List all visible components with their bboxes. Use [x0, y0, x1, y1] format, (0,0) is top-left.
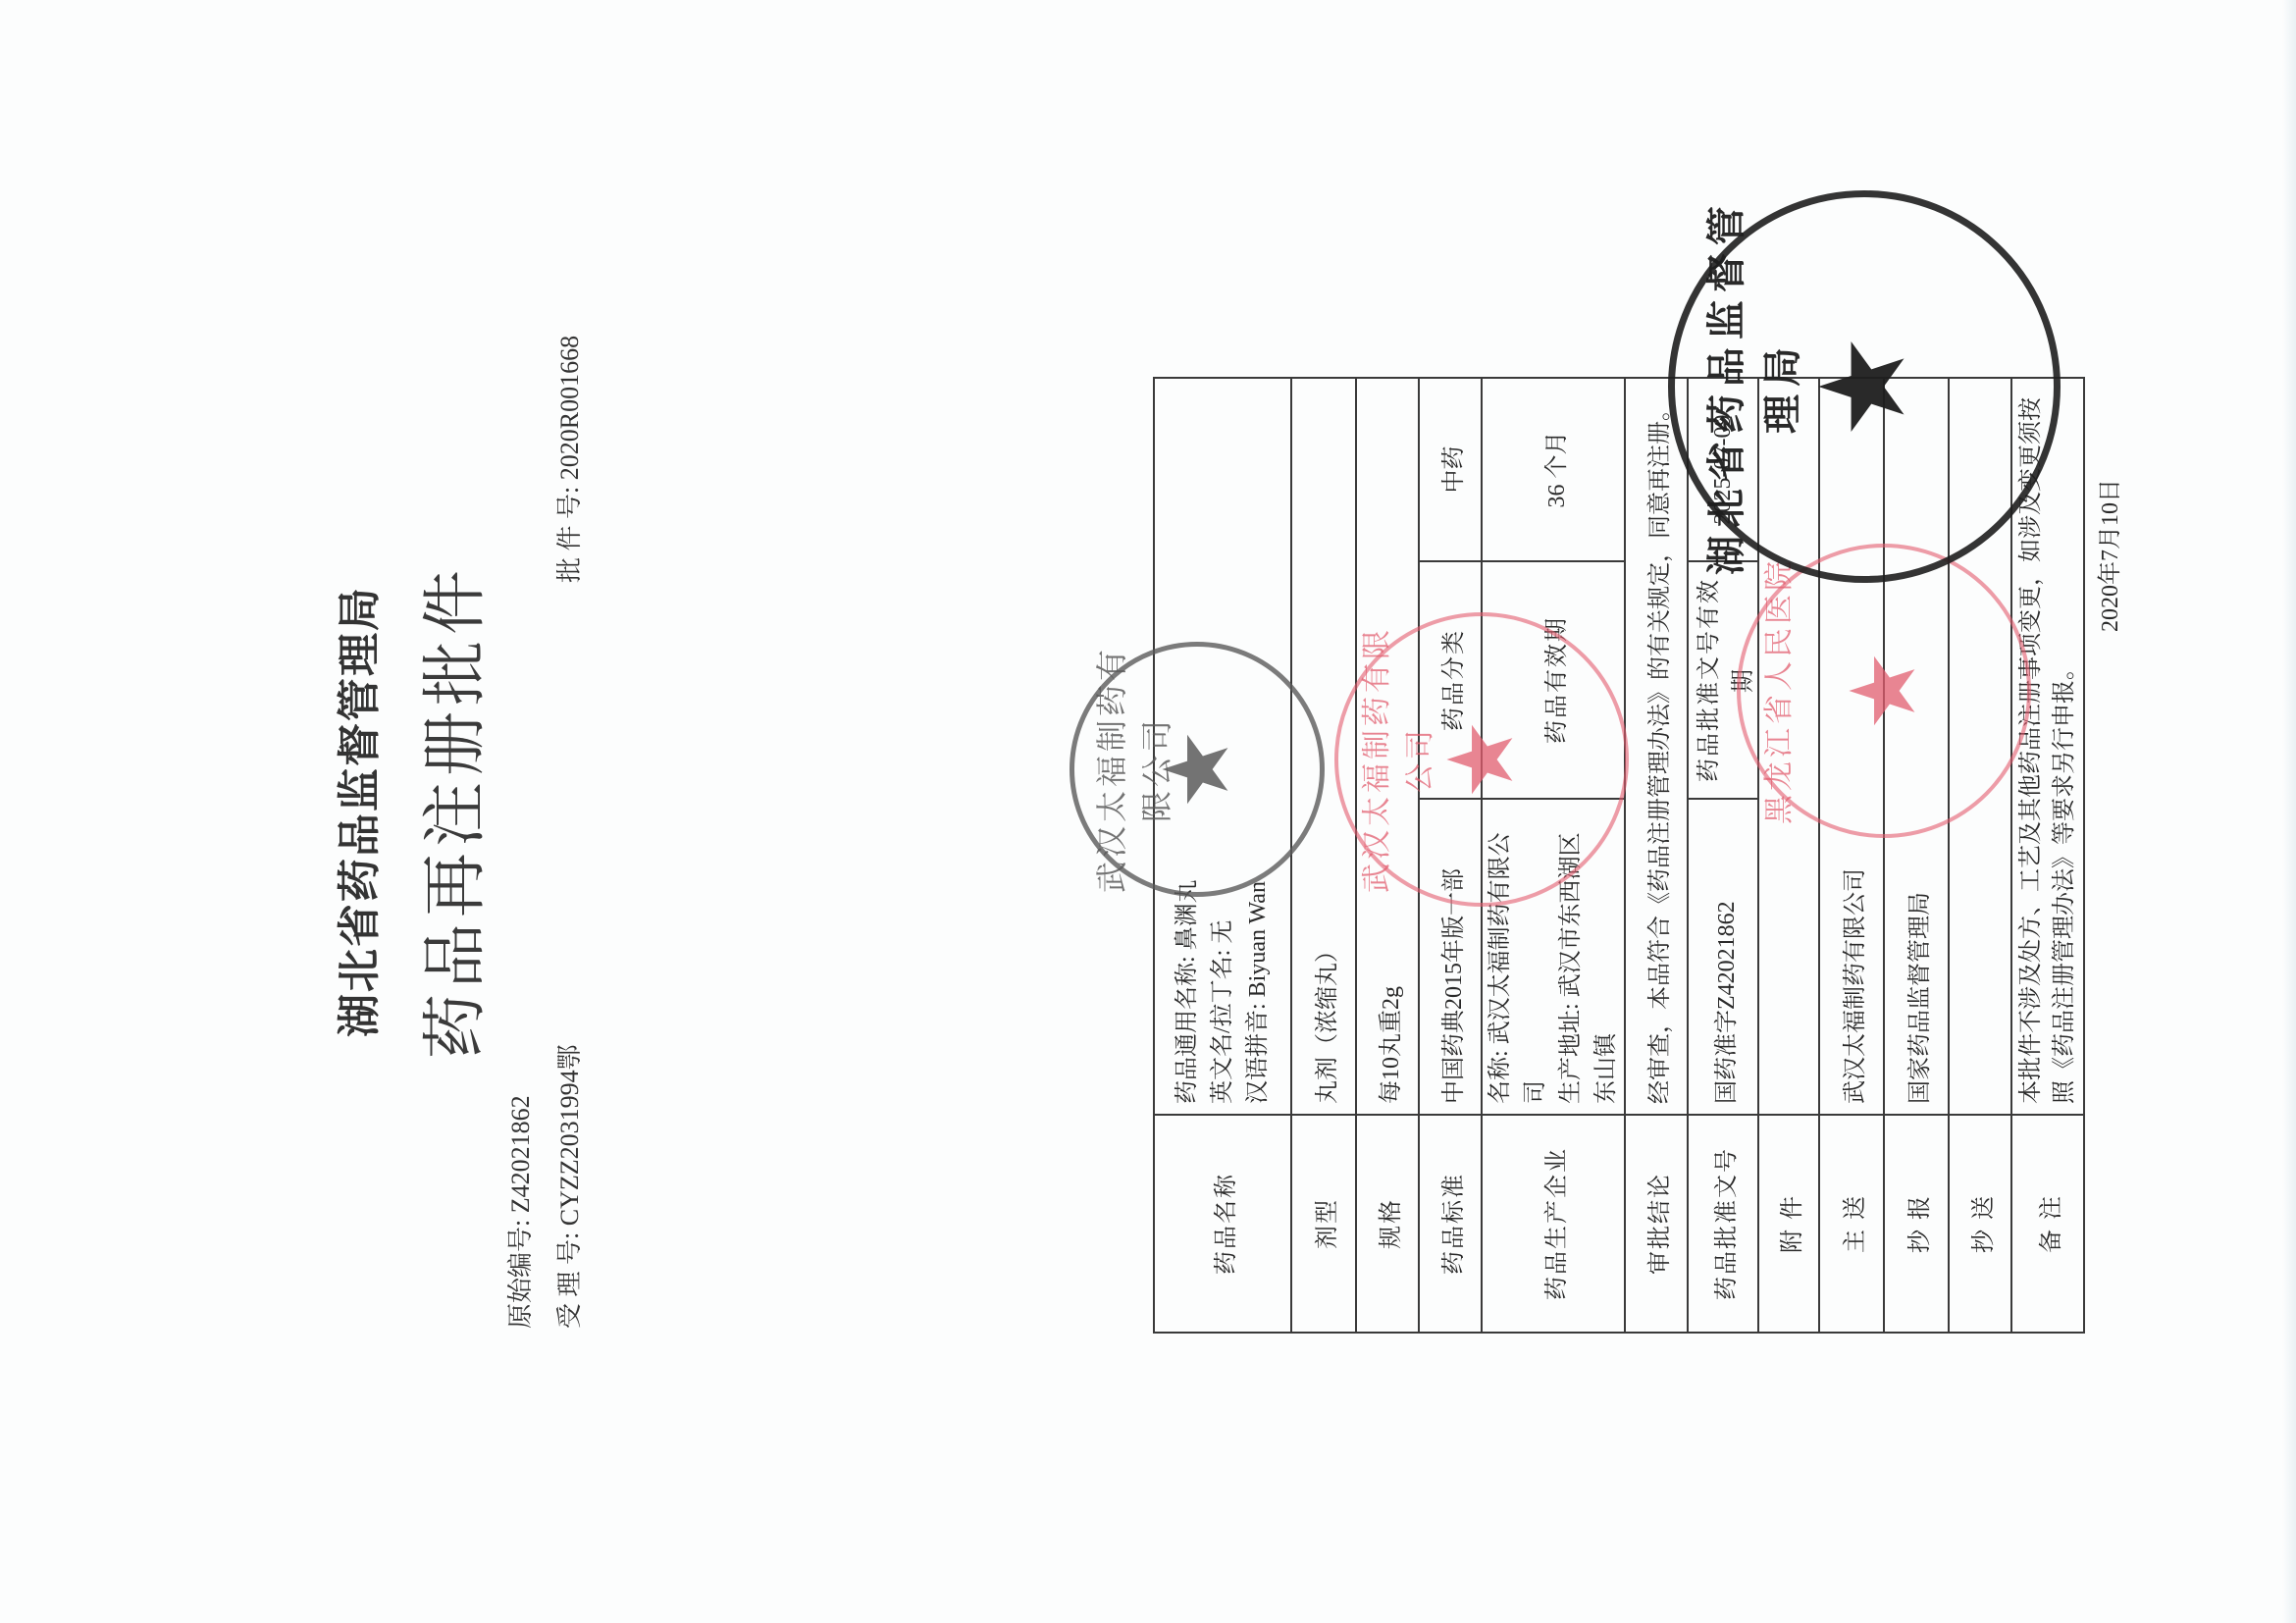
- approval-table: 药品名称 药品通用名称: 鼻渊丸 英文名/拉丁名: 无 汉语拼音: Biyuan…: [1153, 377, 2085, 1334]
- generic-name: 药品通用名称: 鼻渊丸: [1170, 389, 1205, 1104]
- table-row: 剂型 丸剂（浓缩丸）: [1291, 378, 1356, 1333]
- drug-name-value: 药品通用名称: 鼻渊丸 英文名/拉丁名: 无 汉语拼音: Biyuan Wan: [1154, 378, 1291, 1115]
- remarks-label: 备 注: [2011, 1115, 2084, 1333]
- conclusion-value: 经审查，本品符合《药品注册管理办法》的有关规定，同意再注册。: [1625, 378, 1688, 1115]
- main-recipient-value: 武汉太福制药有限公司: [1819, 378, 1884, 1115]
- original-number-value: Z42021862: [506, 1095, 535, 1213]
- drug-name-label: 药品名称: [1154, 1115, 1291, 1333]
- english-latin-name: 英文名/拉丁名: 无: [1205, 389, 1240, 1104]
- dosage-form-label: 剂型: [1291, 1115, 1356, 1333]
- acceptance-number-label: 受 理 号:: [555, 1232, 584, 1329]
- table-row: 药品生产企业 名称: 武汉太福制药有限公司 生产地址: 武汉市东西湖区东山镇 药…: [1482, 378, 1625, 1333]
- table-row: 药品批准文号 国药准字Z42021862 药品批准文号有效期 2025-07-0…: [1688, 378, 1758, 1333]
- table-row: 主 送 武汉太福制药有限公司: [1819, 378, 1884, 1333]
- manufacturer-address: 生产地址: 武汉市东西湖区东山镇: [1553, 810, 1624, 1104]
- main-recipient-label: 主 送: [1819, 1115, 1884, 1333]
- issuing-agency: 湖北省药品监督管理局: [324, 0, 387, 1623]
- approval-doc-number-label: 药品批准文号: [1688, 1115, 1758, 1333]
- table-row: 药品标准 中国药典2015年版一部 药品分类 中药: [1419, 378, 1482, 1333]
- table-row: 抄 报 国家药品监督管理局: [1884, 378, 1949, 1333]
- standard-label: 药品标准: [1419, 1115, 1482, 1333]
- approval-number: 批 件 号: 2020R001668: [549, 336, 586, 583]
- shelf-life-label: 药品有效期: [1482, 561, 1625, 799]
- pinyin-name: 汉语拼音: Biyuan Wan: [1240, 389, 1276, 1104]
- report-to-value: 国家药品监督管理局: [1884, 378, 1949, 1115]
- drug-category-label: 药品分类: [1419, 561, 1482, 799]
- approval-validity-value: 2025-07-09: [1688, 378, 1758, 561]
- table-row: 药品名称 药品通用名称: 鼻渊丸 英文名/拉丁名: 无 汉语拼音: Biyuan…: [1154, 378, 1291, 1333]
- drug-category-value: 中药: [1419, 378, 1482, 561]
- table-row: 备 注 本批件不涉及处方、工艺及其他药品注册事项变更，如涉及变更须按照《药品注册…: [2011, 378, 2084, 1333]
- original-number-label: 原始编号:: [506, 1220, 535, 1329]
- table-row: 规格 每10丸重2g: [1356, 378, 1419, 1333]
- standard-value: 中国药典2015年版一部: [1419, 799, 1482, 1115]
- document-page: 湖北省药品监督管理局 药品再注册批件 原始编号: Z42021862 受 理 号…: [0, 0, 2296, 1623]
- issue-date: 2020年7月10日: [2090, 479, 2124, 632]
- scan-edge: [2282, 0, 2296, 1623]
- table-row: 审批结论 经审查，本品符合《药品注册管理办法》的有关规定，同意再注册。: [1625, 378, 1688, 1333]
- manufacturer-label: 药品生产企业: [1482, 1115, 1625, 1333]
- remarks-value: 本批件不涉及处方、工艺及其他药品注册事项变更，如涉及变更须按照《药品注册管理办法…: [2011, 378, 2084, 1115]
- approval-validity-label: 药品批准文号有效期: [1688, 561, 1758, 799]
- table-row: 附 件: [1758, 378, 1819, 1333]
- specification-label: 规格: [1356, 1115, 1419, 1333]
- manufacturer-name: 名称: 武汉太福制药有限公司: [1483, 810, 1553, 1104]
- original-number: 原始编号: Z42021862: [500, 1095, 537, 1329]
- approval-number-label: 批 件 号:: [555, 487, 584, 583]
- dosage-form-value: 丸剂（浓缩丸）: [1291, 378, 1356, 1115]
- table-row: 抄 送: [1949, 378, 2011, 1333]
- acceptance-number-value: CYZZ2031994鄂: [555, 1044, 584, 1226]
- document-title: 药品再注册批件: [402, 0, 496, 1623]
- conclusion-label: 审批结论: [1625, 1115, 1688, 1333]
- report-to-label: 抄 报: [1884, 1115, 1949, 1333]
- cc-label: 抄 送: [1949, 1115, 2011, 1333]
- approval-number-value: 2020R001668: [555, 336, 584, 480]
- manufacturer-value: 名称: 武汉太福制药有限公司 生产地址: 武汉市东西湖区东山镇: [1482, 799, 1625, 1115]
- approval-doc-number-value: 国药准字Z42021862: [1688, 799, 1758, 1115]
- specification-value: 每10丸重2g: [1356, 378, 1419, 1115]
- attachment-label: 附 件: [1758, 1115, 1819, 1333]
- attachment-value: [1758, 378, 1819, 1115]
- acceptance-number: 受 理 号: CYZZ2031994鄂: [549, 1044, 586, 1329]
- shelf-life-value: 36 个月: [1482, 378, 1625, 561]
- cc-value: [1949, 378, 2011, 1115]
